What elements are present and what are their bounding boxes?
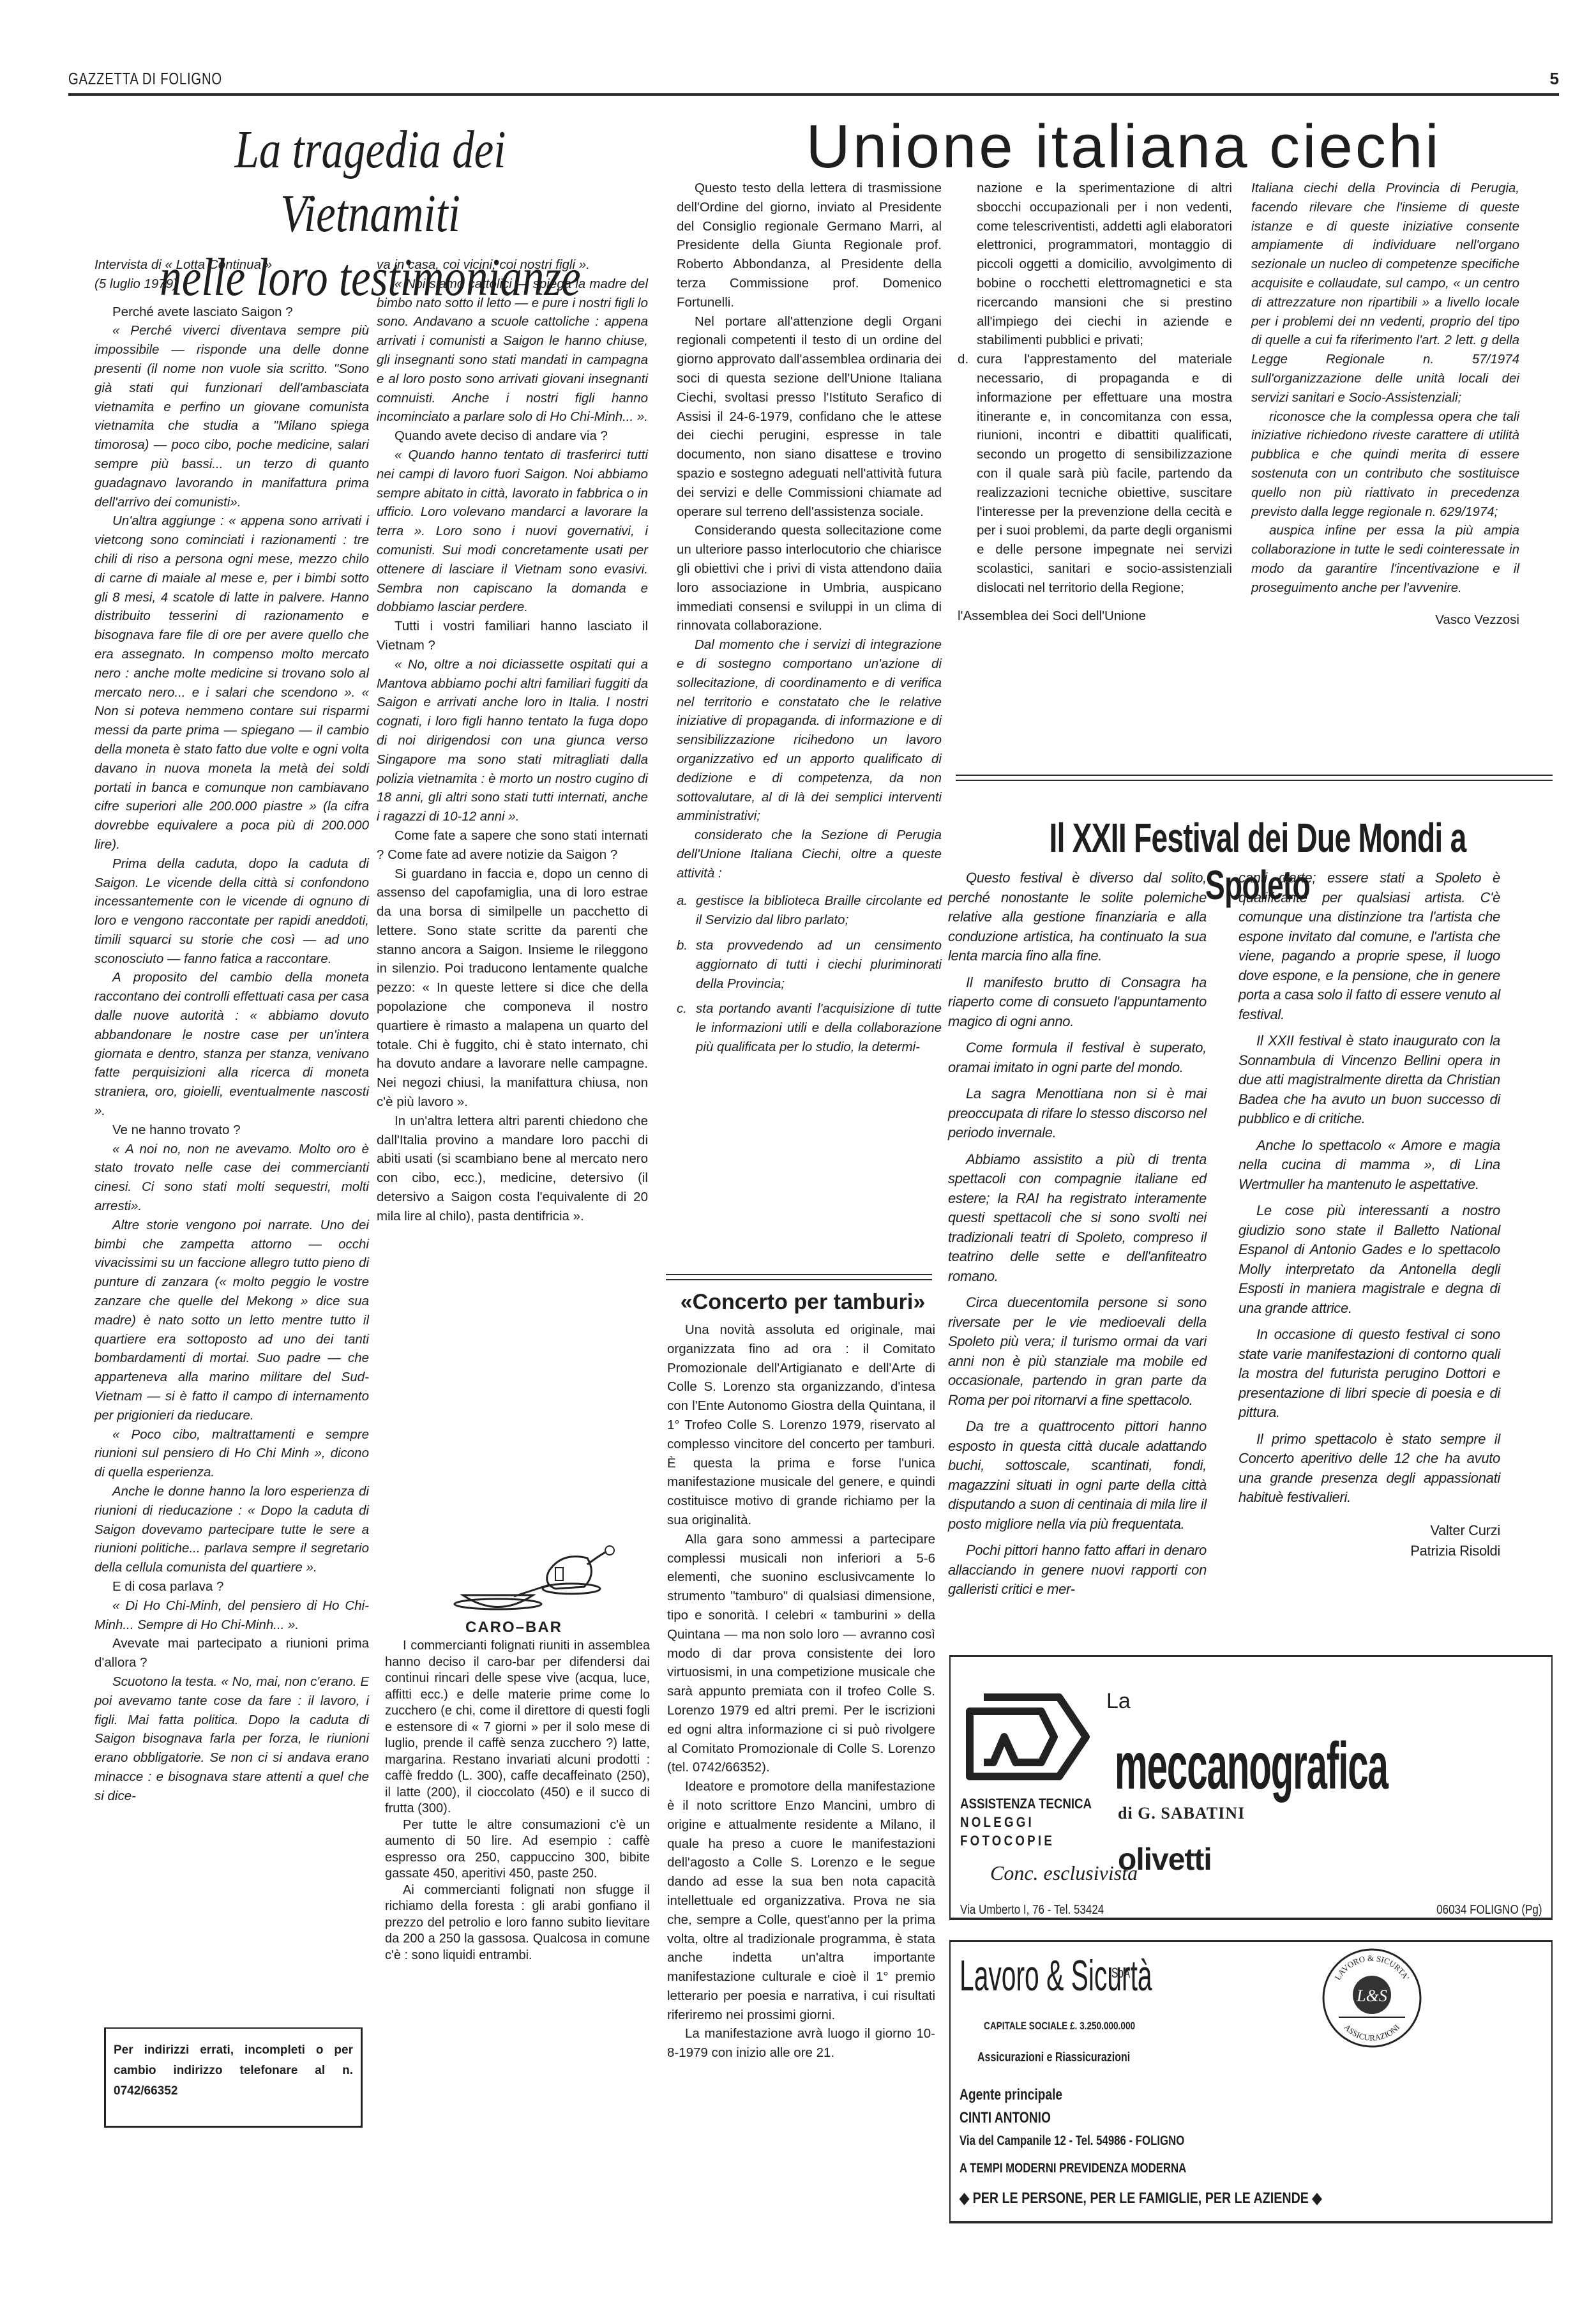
owner-name: di G. SABATINI: [1118, 1804, 1245, 1823]
list-text: gestisce la biblioteca Braille circolant…: [696, 891, 942, 930]
paragraph: Italiana ciechi della Provincia di Perug…: [1251, 179, 1519, 407]
paragraph: La manifestazione avrà luogo il giorno 1…: [667, 2024, 935, 2063]
paragraph: Il primo spettacolo è stato sempre il Co…: [1238, 1430, 1500, 1508]
paragraph: « No, oltre a noi diciassette ospitati q…: [377, 655, 648, 826]
paragraph: A proposito del cambio della moneta racc…: [94, 968, 369, 1120]
article-source: Intervista di « Lotta Continua »: [94, 255, 369, 275]
author-name: Valter Curzi: [1238, 1520, 1500, 1541]
svg-text:ASSICURAZIONI: ASSICURAZIONI: [1343, 2022, 1402, 2043]
paragraph: Il manifesto brutto di Consagra ha riape…: [948, 973, 1207, 1032]
paragraph: nazione e la sperimentazione di altri sb…: [977, 179, 1232, 350]
article-body: Italiana ciechi della Provincia di Perug…: [1251, 179, 1519, 598]
vietnam-article-column-1: Intervista di « Lotta Continua » (5 lugl…: [94, 255, 369, 1806]
brand-name: meccanografica: [1115, 1729, 1388, 1805]
list-label: d.: [958, 350, 977, 597]
paragraph: « Perché viverci diventava sempre più im…: [94, 321, 369, 511]
article-body: Il XXII festival è stato inaugurato con …: [1238, 1031, 1500, 1508]
shop-address: Via Umberto I, 76 - Tel. 53424: [960, 1903, 1104, 1918]
paragraph: auspica infine per essa la più ampia col…: [1251, 521, 1519, 597]
page-number: 5: [1550, 69, 1559, 89]
company-slogan: ◆ PER LE PERSONE, PER LE FAMIGLIE, PER L…: [960, 2189, 1438, 2207]
meccanografica-logo-icon: [965, 1692, 1092, 1782]
paragraph: E di cosa parlava ?: [94, 1577, 369, 1596]
service-item: FOTOCOPIE: [960, 1831, 1092, 1850]
section-divider: [956, 775, 1553, 781]
share-capital: CAPITALE SOCIALE £. 3.250.000.000: [984, 2020, 1135, 2033]
paragraph: Considerando questa sollecitazione come …: [677, 521, 942, 635]
resolution-subject: l'Assemblea dei Soci dell'Unione: [958, 607, 1232, 626]
paragraph: Nel portare all'attenzione degli Organi …: [677, 312, 942, 522]
paragraph: I commercianti folignati riuniti in asse…: [385, 1638, 650, 1817]
list-label: b.: [677, 936, 696, 993]
paragraph: riconosce che la complessa opera che tal…: [1251, 407, 1519, 522]
paragraph: Questo testo della lettera di trasmissio…: [677, 179, 942, 312]
list-text: sta portando avanti l'acquisizione di tu…: [696, 999, 942, 1056]
advertisement-lavoro-sicurta: Lavoro & Sicurtà SpA CAPITALE SOCIALE £.…: [949, 1940, 1553, 2223]
activity-list: a.gestisce la biblioteca Braille circola…: [677, 891, 942, 1056]
paragraph: canti d'arte; essere stati a Spoleto è q…: [1238, 868, 1500, 1024]
service-item: ASSISTENZA TECNICA: [960, 1794, 1092, 1813]
paragraph: « Noi siamo cattolici — spiega la madre …: [377, 275, 648, 427]
paragraph: « Poco cibo, maltrattamenti e sempre riu…: [94, 1425, 369, 1482]
paragraph: Questo festival è diverso dal solito, pe…: [948, 868, 1207, 966]
list-item: d. cura l'apprestamento del materiale ne…: [958, 350, 1232, 597]
unione-ciechi-headline: Unione italiana ciechi: [686, 112, 1561, 182]
article-body: Perché avete lasciato Saigon ?« Perché v…: [94, 303, 369, 1806]
paragraph: considerato che la Sezione di Perugia de…: [677, 826, 942, 882]
concerto-article-body: Una novità assoluta ed originale, mai or…: [667, 1321, 935, 2063]
paragraph: Altre storie vengono poi narrate. Uno de…: [94, 1216, 369, 1425]
services-list: ASSISTENZA TECNICA NOLEGGI FOTOCOPIE: [960, 1794, 1092, 1850]
article-date: (5 luglio 1979): [94, 275, 369, 294]
paragraph: Ai commercianti folignati non sfugge il …: [385, 1882, 650, 1964]
paragraph: Tutti i vostri familiari hanno lasciato …: [377, 617, 648, 655]
paragraph: Pochi pittori hanno fatto affari in dena…: [948, 1541, 1207, 1600]
paragraph: Ve ne hanno trovato ?: [94, 1121, 369, 1140]
concession-label: Conc. esclusivista: [990, 1861, 1138, 1885]
carobar-article-body: I commercianti folignati riuniti in asse…: [385, 1638, 650, 1964]
paragraph: Prima della caduta, dopo la caduta di Sa…: [94, 854, 369, 969]
section-divider: [666, 1274, 932, 1280]
paragraph: Anche lo spettacolo « Amore e magia nell…: [1238, 1136, 1500, 1195]
list-item: b.sta provvedendo ad un censimento aggio…: [677, 936, 942, 993]
paragraph: Ideatore e promotore della manifestazion…: [667, 1777, 935, 2024]
list-item: a.gestisce la biblioteca Braille circola…: [677, 891, 942, 930]
paragraph: In un'altra lettera altri parenti chiedo…: [377, 1112, 648, 1226]
list-label: a.: [677, 891, 696, 930]
paragraph: Come fate a sapere che sono stati intern…: [377, 826, 648, 865]
newspaper-name: GAZZETTA DI FOLIGNO: [68, 69, 222, 89]
paragraph: Il XXII festival è stato inaugurato con …: [1238, 1031, 1500, 1129]
agent-name: CINTI ANTONIO: [960, 2107, 1062, 2130]
author-signature: Vasco Vezzosi: [1251, 610, 1519, 630]
paragraph: Perché avete lasciato Saigon ?: [94, 303, 369, 322]
paragraph: « Di Ho Chi-Minh, del pensiero di Ho Chi…: [94, 1596, 369, 1635]
paragraph: Quando avete deciso di andare via ?: [377, 427, 648, 446]
brand-article: La: [1106, 1689, 1131, 1714]
svg-text:L&S: L&S: [1356, 1987, 1387, 2005]
article-body: Questo testo della lettera di trasmissio…: [677, 179, 942, 882]
paragraph: Un'altra aggiunge : « appena sono arriva…: [94, 511, 369, 854]
list-text: sta provvedendo ad un censimento aggiorn…: [696, 936, 942, 993]
headline-line-1: La tragedia dei Vietnamiti: [140, 118, 601, 246]
paragraph: Abbiamo assistito a più di trenta spetta…: [948, 1150, 1207, 1287]
agent-block: Agente principale CINTI ANTONIO: [960, 2084, 1062, 2130]
paragraph: Dal momento che i servizi di integrazion…: [677, 635, 942, 826]
address-change-notice: Per indirizzi errati, incompleti o per c…: [104, 2027, 363, 2128]
paragraph: Scuotono la testa. « No, mai, non c'eran…: [94, 1672, 369, 1806]
vietnam-article-column-2: va in casa, coi vicini, coi nostri figli…: [377, 255, 648, 1226]
partner-brand: olivetti: [1118, 1842, 1212, 1877]
paragraph: Alla gara sono ammessi a partecipare com…: [667, 1530, 935, 1777]
masthead-divider: [68, 93, 1559, 96]
list-label: c.: [677, 999, 696, 1056]
unione-article-column-3: Italiana ciechi della Provincia di Perug…: [1251, 179, 1519, 629]
paragraph: Le cose più interessanti a nostro giudiz…: [1238, 1201, 1500, 1318]
company-suffix: SpA: [1111, 1965, 1130, 1981]
article-body: Questo festival è diverso dal solito, pe…: [948, 868, 1207, 1600]
slogan-text: PER LE PERSONE, PER LE FAMIGLIE, PER LE …: [973, 2190, 1309, 2207]
business-type: Assicurazioni e Riassicurazioni: [977, 2050, 1130, 2065]
paragraph: Da tre a quattrocento pittori hanno espo…: [948, 1417, 1207, 1534]
paragraph: La sagra Menottiana non si è mai preoccu…: [948, 1084, 1207, 1143]
company-motto: A TEMPI MODERNI PREVIDENZA MODERNA: [960, 2161, 1186, 2176]
paragraph: Anche le donne hanno la loro esperienza …: [94, 1482, 369, 1577]
paragraph: In occasione di questo festival ci sono …: [1238, 1325, 1500, 1423]
agent-title: Agente principale: [960, 2084, 1062, 2107]
paragraph: Avevate mai partecipato a riunioni prima…: [94, 1634, 369, 1672]
paragraph: « Quando hanno tentato di trasferirci tu…: [377, 446, 648, 617]
paragraph: Si guardano in faccia e, dopo un cenno d…: [377, 865, 648, 1112]
carobar-headline: CARO–BAR: [377, 1619, 651, 1637]
paragraph: « A noi no, non ne avevamo. Molto oro è …: [94, 1140, 369, 1216]
shop-city: 06034 FOLIGNO (Pg): [1437, 1903, 1542, 1918]
unione-article-column-2: nazione e la sperimentazione di altri sb…: [958, 179, 1232, 625]
list-text: cura l'apprestamento del materiale neces…: [977, 350, 1232, 597]
paragraph: Come formula il festival è superato, ora…: [948, 1038, 1207, 1077]
coffee-pot-and-cup-icon: [453, 1545, 619, 1616]
masthead: GAZZETTA DI FOLIGNO 5: [68, 69, 1559, 95]
unione-article-column-1: Questo testo della lettera di trasmissio…: [677, 179, 942, 1063]
author-signatures: Valter Curzi Patrizia Risoldi: [1238, 1520, 1500, 1561]
paragraph: va in casa, coi vicini, coi nostri figli…: [377, 255, 648, 275]
festival-article-column-1: Questo festival è diverso dal solito, pe…: [948, 868, 1207, 1607]
festival-article-column-2: canti d'arte; essere stati a Spoleto è q…: [1238, 868, 1500, 1561]
paragraph: Circa duecentomila persone si sono river…: [948, 1293, 1207, 1410]
agency-address: Via del Campanile 12 - Tel. 54986 - FOLI…: [960, 2133, 1184, 2149]
author-name: Patrizia Risoldi: [1238, 1541, 1500, 1561]
list-item: c.sta portando avanti l'acquisizione di …: [677, 999, 942, 1056]
service-item: NOLEGGI: [960, 1813, 1092, 1831]
advertisement-meccanografica: ASSISTENZA TECNICA NOLEGGI FOTOCOPIE Con…: [949, 1655, 1553, 1920]
paragraph: Per tutte le altre consumazioni c'è un a…: [385, 1817, 650, 1882]
insurance-seal-icon: L&S LAVORO & SICURTA' ASSICURAZIONI: [1321, 1947, 1423, 2049]
paragraph: Una novità assoluta ed originale, mai or…: [667, 1321, 935, 1530]
article-body: va in casa, coi vicini, coi nostri figli…: [377, 255, 648, 1226]
concerto-headline: «Concerto per tamburi»: [670, 1290, 935, 1315]
